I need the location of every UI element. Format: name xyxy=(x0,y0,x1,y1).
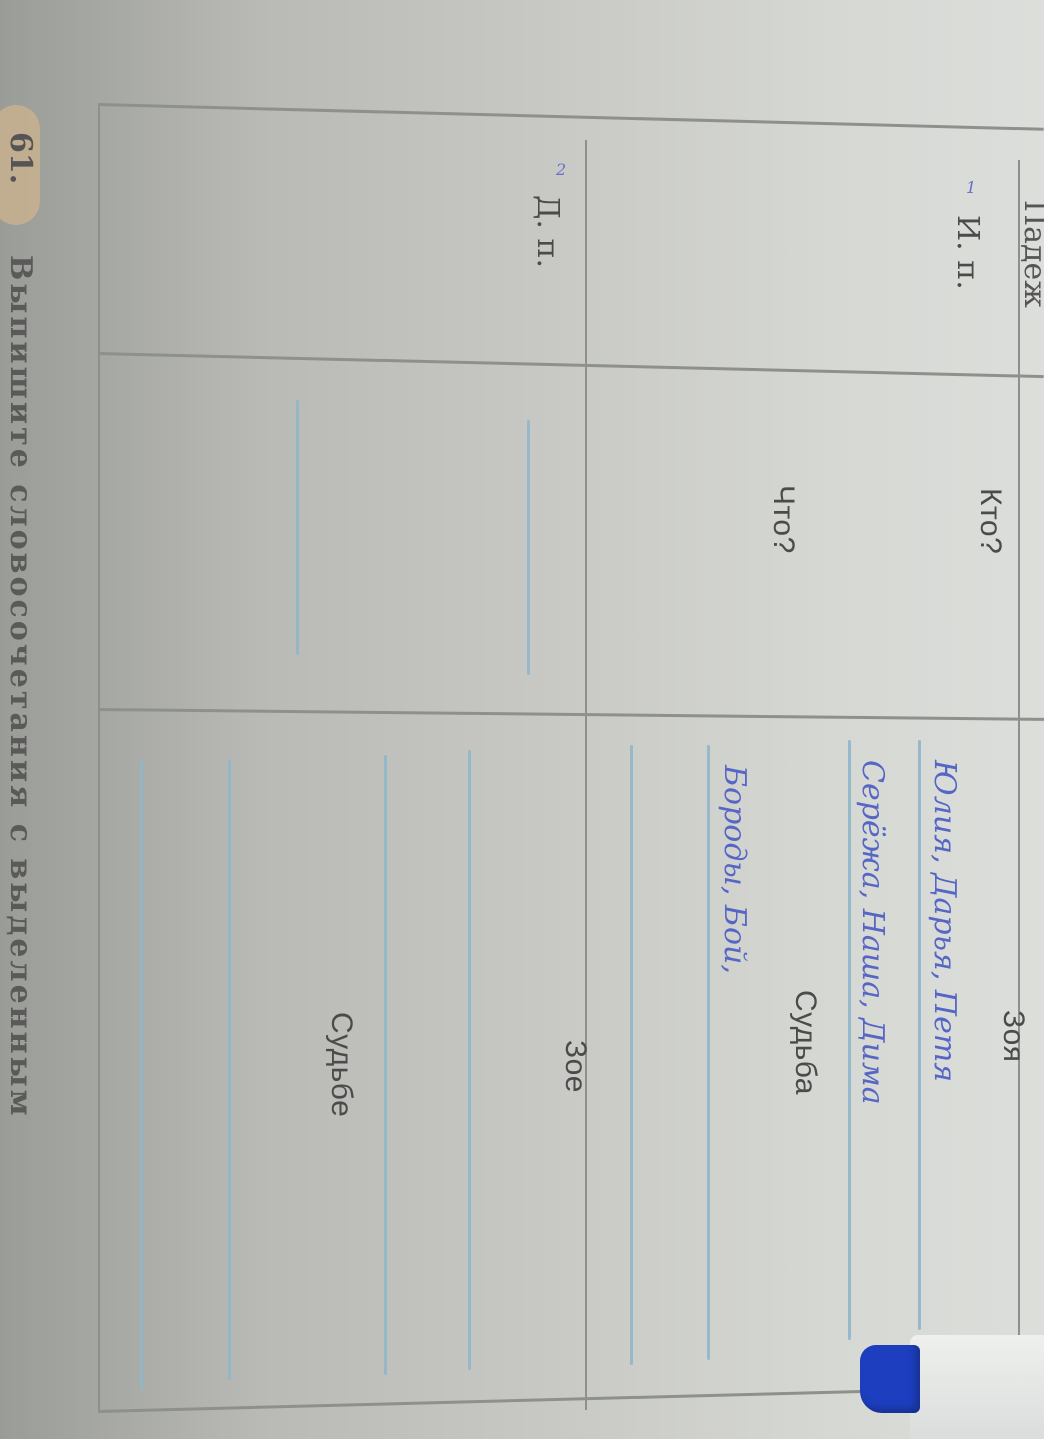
example-sudba: Судьба xyxy=(788,990,822,1095)
handwritten-answer-line-1: Юлия, Дарья, Петя xyxy=(927,760,962,1082)
case-label-dative: Д. п. xyxy=(530,195,565,268)
write-line[interactable] xyxy=(630,745,633,1365)
row-divider-2 xyxy=(585,140,587,1410)
example-zoya: Зоя xyxy=(996,1010,1030,1063)
case-mark-2: 2 xyxy=(556,160,566,179)
example-zoe: Зое xyxy=(558,1040,592,1093)
write-line[interactable] xyxy=(228,760,231,1380)
row-divider-1 xyxy=(1018,160,1020,1390)
table-top-border xyxy=(98,103,1044,131)
handwritten-answer-line-3: Бороды, Бой, xyxy=(717,765,752,974)
case-label-nominative: И. п. xyxy=(950,215,985,290)
example-sudbe: Судьбе xyxy=(324,1012,358,1117)
write-line[interactable] xyxy=(527,420,530,675)
write-line[interactable] xyxy=(848,740,851,1340)
write-line[interactable] xyxy=(140,760,143,1390)
workbook-page: 61. Выпишите словосочетания с выделенным… xyxy=(0,0,1044,1439)
question-what: Что? xyxy=(766,485,800,554)
cut-off-header: Падеж xyxy=(1017,200,1044,308)
handwritten-answer-line-2: Серёжа, Наша, Дима xyxy=(855,760,890,1105)
write-line[interactable] xyxy=(384,755,387,1375)
case-mark-1: 1 xyxy=(966,178,976,197)
column-divider-2 xyxy=(98,708,1044,721)
pen-cap-icon xyxy=(860,1345,920,1413)
write-line[interactable] xyxy=(918,740,921,1330)
pen-body xyxy=(910,1335,1044,1439)
question-who: Кто? xyxy=(973,488,1007,554)
column-divider-1 xyxy=(98,352,1044,378)
write-line[interactable] xyxy=(296,400,299,655)
exercise-number: 61. xyxy=(3,132,38,184)
exercise-task-text: Выпишите словосочетания с выделенным xyxy=(3,255,38,1119)
write-line[interactable] xyxy=(468,750,471,1370)
table-left-border xyxy=(98,103,100,1413)
write-line[interactable] xyxy=(707,745,710,1360)
